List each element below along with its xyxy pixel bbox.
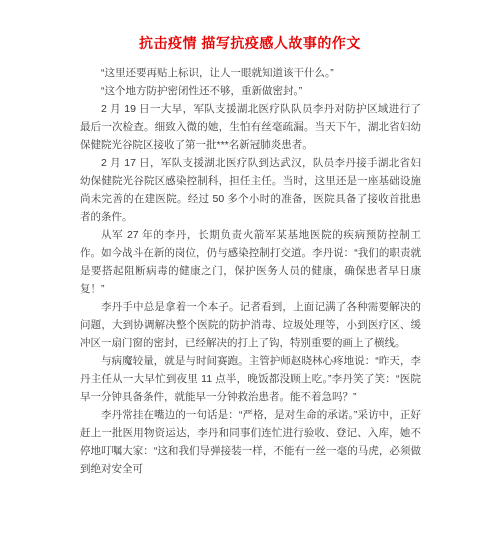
document-title: 抗击疫情 描写抗疫感人故事的作文 bbox=[0, 0, 500, 52]
paragraph: 2 月 19 日一大早，军队支援湖北医疗队队员李丹对防护区域进行了最后一次检查。… bbox=[80, 100, 421, 154]
paragraph: 李丹手中总是拿着一个本子。记者看到，上面记满了各种需要解决的问题，大到协调解决整… bbox=[80, 298, 421, 352]
paragraph: “这里还要再贴上标识，让人一眼就知道该干什么。” bbox=[80, 64, 421, 82]
paragraph: 2 月 17 日，军队支援湖北医疗队到达武汉，队员李丹接手湖北省妇幼保健院光谷院… bbox=[80, 154, 421, 226]
document-page: 抗击疫情 描写抗疫感人故事的作文 “这里还要再贴上标识，让人一眼就知道该干什么。… bbox=[0, 0, 500, 548]
document-body: “这里还要再贴上标识，让人一眼就知道该干什么。”“这个地方防护密闭性还不够，重新… bbox=[80, 64, 421, 478]
paragraph: 从军 27 年的李丹，长期负责火箭军某基地医院的疾病预防控制工作。如今战斗在新的… bbox=[80, 226, 421, 298]
paragraph: “这个地方防护密闭性还不够，重新做密封。” bbox=[80, 82, 421, 100]
paragraph: 李丹常挂在嘴边的一句话是：“严格，是对生命的承诺。”采访中，正好赶上一批医用物资… bbox=[80, 406, 421, 478]
paragraph: 与病魔较量，就是与时间赛跑。主管护师赵晓林心疼地说：“昨天，李丹主任从一大早忙到… bbox=[80, 352, 421, 406]
